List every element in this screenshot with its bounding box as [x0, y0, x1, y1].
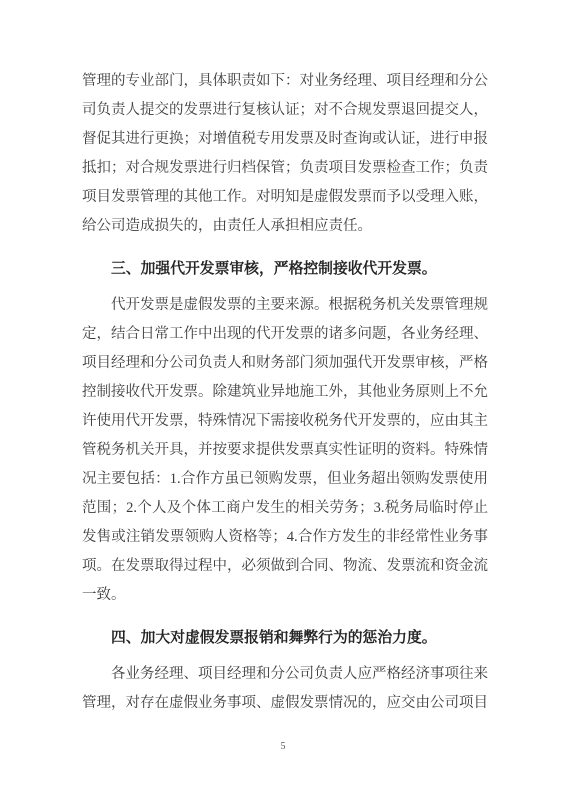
section-heading-four: 四、加大对虚假发票报销和舞弊行为的惩治力度。	[82, 624, 488, 653]
document-content: 管理的专业部门，具体职责如下：对业务经理、项目经理和分公司负责人提交的发票进行复…	[82, 67, 488, 718]
page-number: 5	[0, 739, 566, 755]
paragraph-continuation: 管理的专业部门，具体职责如下：对业务经理、项目经理和分公司负责人提交的发票进行复…	[82, 67, 488, 241]
document-page: 管理的专业部门，具体职责如下：对业务经理、项目经理和分公司负责人提交的发票进行复…	[0, 0, 566, 800]
paragraph-daikai-fapiao: 代开发票是虚假发票的主要来源。根据税务机关发票管理规定，结合日常工作中出现的代开…	[82, 291, 488, 610]
section-heading-three: 三、加强代开发票审核，严格控制接收代开发票。	[82, 255, 488, 284]
paragraph-punishment: 各业务经理、项目经理和分公司负责人应严格经济事项往来管理，对存在虚假业务事项、虚…	[82, 660, 488, 718]
